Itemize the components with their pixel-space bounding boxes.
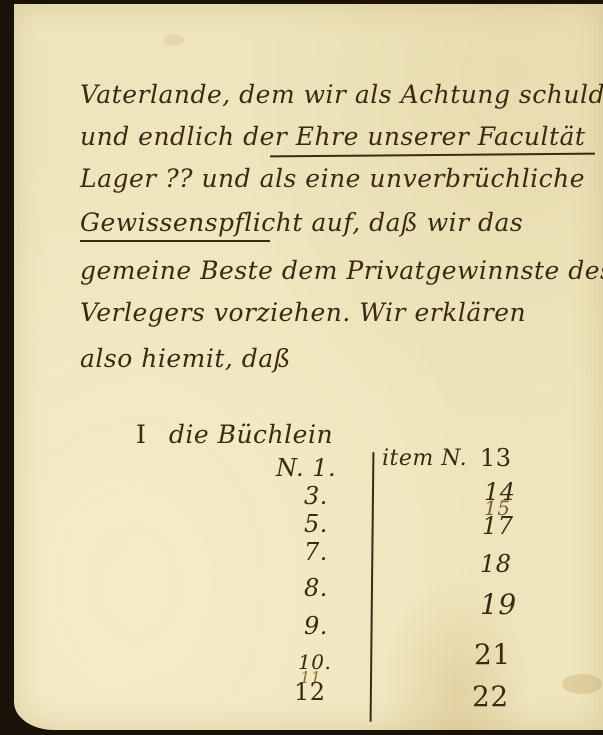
text-line-2-content: und endlich der Ehre unserer Facultät: [80, 122, 585, 151]
left-item: 9.: [304, 612, 328, 640]
right-item: 21: [474, 638, 511, 671]
underline-gewissenspflicht: [80, 240, 270, 242]
list-heading: I die Büchlein: [136, 420, 333, 449]
left-item: 5.: [304, 510, 328, 538]
right-item: 17: [482, 512, 514, 540]
left-item: 12: [294, 678, 326, 706]
text-line-1: Vaterlande, dem wir als Achtung schuldig…: [80, 80, 603, 109]
text-line-5: gemeine Beste dem Privatgewinnste des: [80, 256, 603, 285]
paper-stain: [164, 34, 184, 46]
right-item: 18: [480, 550, 512, 578]
list-heading-text: die Büchlein: [169, 420, 333, 449]
underline-ehre-facultaet: [270, 153, 595, 158]
text-line-7: also hiemit, daß: [80, 344, 291, 373]
left-item: 8.: [304, 574, 328, 602]
list-column-divider: [370, 452, 375, 722]
text-line-6: Verlegers vorziehen. Wir erklären: [80, 298, 526, 327]
right-item: 13: [480, 444, 512, 472]
left-first-item: N. 1.: [276, 454, 336, 482]
text-line-4: Gewissenspflicht auf, daß wir das: [80, 208, 523, 237]
right-first-prefix: item N.: [382, 446, 467, 471]
right-item: 22: [472, 680, 509, 713]
left-item: 3.: [304, 482, 328, 510]
manuscript-page: Vaterlande, dem wir als Achtung schuldig…: [14, 4, 603, 730]
paper-stain: [562, 674, 602, 694]
list-heading-numeral: I: [136, 420, 146, 449]
text-line-3: Lager ?? und als eine unverbrüchliche: [80, 164, 585, 193]
left-item: 7.: [304, 538, 328, 566]
text-line-2: und endlich der Ehre unserer Facultät: [80, 122, 585, 151]
right-item: 19: [480, 588, 517, 621]
